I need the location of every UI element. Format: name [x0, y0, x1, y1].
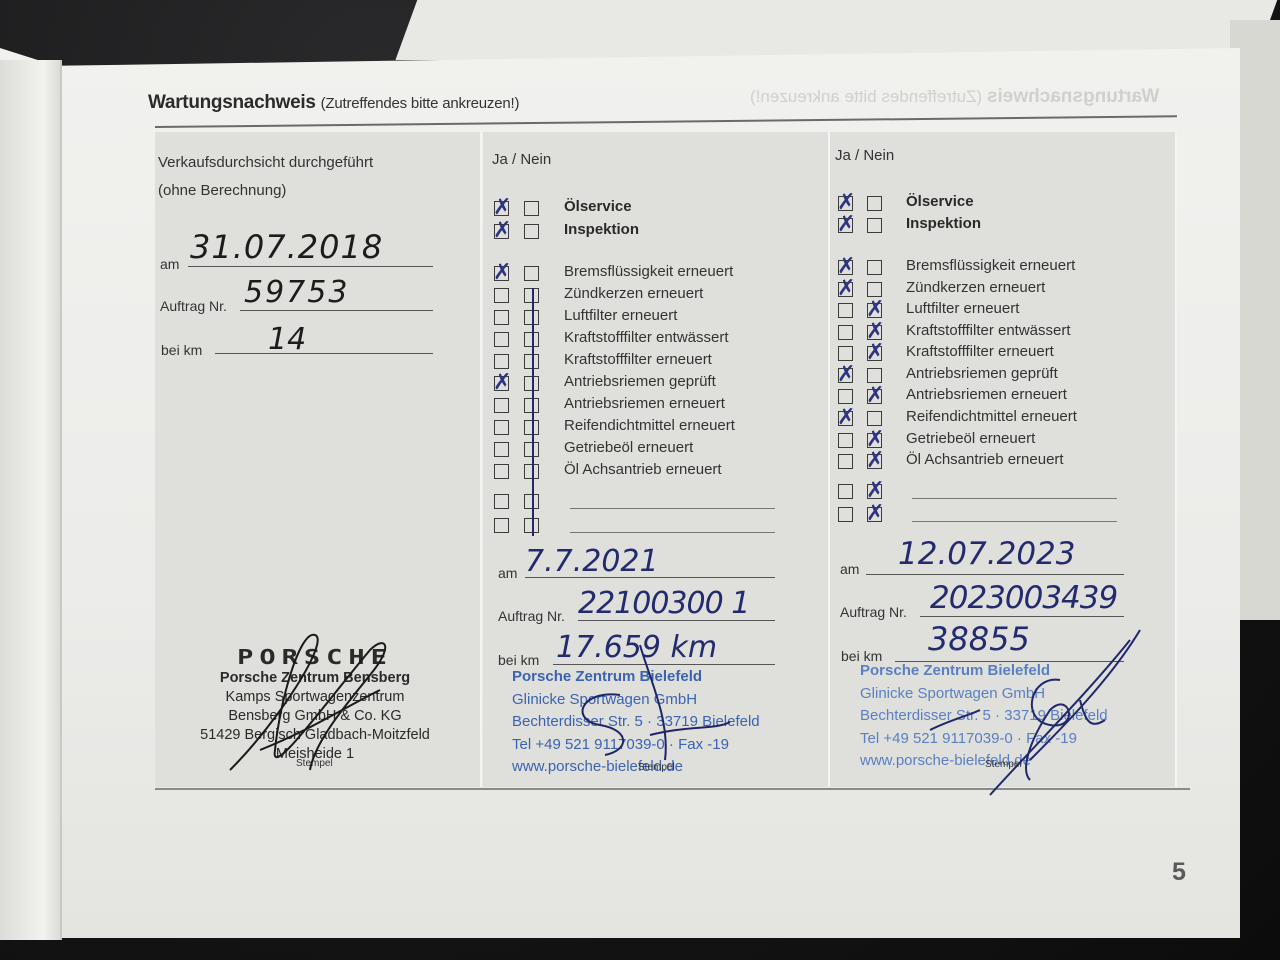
service-item-label: Getriebeöl erneuert [564, 439, 693, 456]
show-through-title: Wartungsnachweis (Zutreffendes bitte ank… [750, 86, 1159, 108]
service-item-label: Kraftstofffilter entwässert [906, 322, 1071, 339]
checkbox-nein[interactable] [867, 218, 882, 233]
blank-item-line [912, 498, 1117, 499]
sales-inspection-note: (ohne Berechnung) [158, 182, 286, 199]
date-line [866, 574, 1124, 575]
check-mark-icon: ✗ [866, 345, 881, 360]
service-item-label: Kraftstofffilter erneuert [564, 351, 712, 368]
checkbox-ja[interactable] [838, 507, 853, 522]
page-subtitle: (Zutreffendes bitte ankreuzen!) [321, 95, 520, 112]
checkbox-ja[interactable] [494, 464, 509, 479]
check-mark-icon: ✗ [837, 367, 852, 382]
check-mark-icon: ✗ [837, 217, 852, 232]
service-item-label: Antriebsriemen erneuert [564, 395, 725, 412]
dealer-line: Tel +49 521 9117039-0 · Fax -19 [860, 728, 1108, 751]
service-item-label: Zündkerzen erneuert [906, 279, 1045, 296]
ja-nein-header: Ja / Nein [835, 147, 894, 164]
km-line [215, 353, 433, 354]
dealer-stamp-bielefeld: Porsche Zentrum Bielefeld Glinicke Sport… [512, 666, 760, 779]
service-item-label: Luftfilter erneuert [906, 300, 1019, 317]
sales-inspection-heading: Verkaufsdurchsicht durchgeführt [158, 154, 373, 171]
service-item-label: Kraftstofffilter entwässert [564, 329, 729, 346]
date-label: am [840, 561, 859, 577]
check-mark-icon: ✗ [866, 483, 881, 498]
order-label: Auftrag Nr. [498, 608, 565, 624]
service-item-label: Reifendichtmittel erneuert [906, 408, 1077, 425]
page-title: Wartungsnachweis (Zutreffendes bitte ank… [148, 92, 519, 114]
booklet-fold [60, 60, 62, 940]
checkbox-nein[interactable] [524, 201, 539, 216]
date-label: am [498, 565, 517, 581]
dealer-name: Porsche Zentrum Bielefeld [512, 666, 760, 689]
service-item-label: Bremsflüssigkeit erneuert [906, 257, 1075, 274]
dealer-line: Bechterdisser Str. 5 · 33719 Bielefeld [860, 705, 1108, 728]
booklet-spine [0, 60, 62, 940]
dealer-line: Kamps Sportwagenzentrum [180, 688, 450, 707]
check-mark-icon: ✗ [866, 388, 881, 403]
km-value: 14 [268, 322, 306, 357]
service-item-label: Getriebeöl erneuert [906, 430, 1035, 447]
checkbox-nein[interactable] [867, 282, 882, 297]
checkbox-ja[interactable] [838, 433, 853, 448]
checkbox-nein[interactable] [867, 411, 882, 426]
check-mark-icon: ✗ [493, 375, 508, 390]
dealer-name: Porsche Zentrum Bensberg [180, 669, 450, 688]
checkbox-nein[interactable] [867, 368, 882, 383]
porsche-logo: PORSCHE [180, 650, 450, 664]
checkbox-nein[interactable] [524, 224, 539, 239]
service-item-label: Zündkerzen erneuert [564, 285, 703, 302]
order-line [920, 616, 1124, 617]
service-item-label: Ölservice [906, 193, 974, 210]
service-item-label: Reifendichtmittel erneuert [564, 417, 735, 434]
dealer-name: Porsche Zentrum Bielefeld [860, 660, 1108, 683]
check-mark-icon: ✗ [866, 453, 881, 468]
km-value: 38855 [928, 620, 1030, 658]
checkbox-ja[interactable] [494, 288, 509, 303]
service-item-label: Inspektion [564, 221, 639, 238]
check-mark-icon: ✗ [837, 281, 852, 296]
order-value: 2023003439 [930, 580, 1117, 616]
checkbox-ja[interactable] [838, 346, 853, 361]
stamp-caption: Stempel [985, 759, 1022, 770]
check-mark-icon: ✗ [837, 195, 852, 210]
checkbox-ja[interactable] [494, 494, 509, 509]
service-item-label: Kraftstofffilter erneuert [906, 343, 1054, 360]
order-label: Auftrag Nr. [840, 604, 907, 620]
dealer-line: Glinicke Sportwagen GmbH [860, 683, 1108, 706]
ja-nein-header: Ja / Nein [492, 151, 551, 168]
blank-item-line [912, 521, 1117, 522]
dealer-line: www.porsche-bielefeld.de [860, 750, 1108, 773]
check-mark-icon: ✗ [493, 200, 508, 215]
order-value: 59753 [244, 275, 349, 310]
checkbox-nein[interactable] [524, 266, 539, 281]
km-value: 17.659 km [556, 630, 717, 665]
checkbox-nein[interactable] [867, 260, 882, 275]
dealer-line: Tel +49 521 9117039-0 · Fax -19 [512, 734, 760, 757]
date-label: am [160, 256, 179, 272]
checkbox-ja[interactable] [838, 303, 853, 318]
checkbox-ja[interactable] [838, 454, 853, 469]
date-value: 12.07.2023 [898, 536, 1076, 572]
checkbox-ja[interactable] [838, 484, 853, 499]
checkbox-ja[interactable] [494, 442, 509, 457]
check-mark-icon: ✗ [493, 223, 508, 238]
order-line [240, 310, 433, 311]
checkbox-ja[interactable] [494, 332, 509, 347]
date-line [188, 266, 433, 267]
check-mark-icon: ✗ [866, 432, 881, 447]
service-item-label: Inspektion [906, 215, 981, 232]
order-value: 22100300 1 [578, 586, 749, 621]
checkbox-ja[interactable] [494, 310, 509, 325]
blank-item-line [570, 532, 775, 533]
date-value: 7.7.2021 [525, 544, 659, 579]
dealer-line: 51429 Bergisch Gladbach-Moitzfeld [180, 726, 450, 745]
stamp-caption: Stempel [296, 758, 333, 769]
checkbox-ja[interactable] [494, 518, 509, 533]
service-item-label: Antriebsriemen erneuert [906, 386, 1067, 403]
footer-rule [155, 788, 1190, 790]
page-number: 5 [1172, 858, 1186, 887]
checkbox-nein[interactable] [867, 196, 882, 211]
check-mark-icon: ✗ [837, 410, 852, 425]
service-item-label: Ölservice [564, 198, 632, 215]
check-mark-icon: ✗ [866, 324, 881, 339]
checkbox-ja[interactable] [838, 325, 853, 340]
order-label: Auftrag Nr. [160, 298, 227, 314]
service-item-label: Luftfilter erneuert [564, 307, 677, 324]
service-item-label: Bremsflüssigkeit erneuert [564, 263, 733, 280]
service-item-label: Öl Achsantrieb erneuert [906, 451, 1064, 468]
checkbox-ja[interactable] [494, 420, 509, 435]
checkbox-ja[interactable] [838, 389, 853, 404]
checkbox-ja[interactable] [494, 354, 509, 369]
dealer-line: Bensberg GmbH & Co. KG [180, 707, 450, 726]
dealer-stamp-bielefeld: Porsche Zentrum Bielefeld Glinicke Sport… [860, 660, 1108, 773]
checkbox-ja[interactable] [494, 398, 509, 413]
check-mark-icon: ✗ [837, 259, 852, 274]
check-mark-icon: ✗ [866, 302, 881, 317]
page-title-text: Wartungsnachweis [148, 92, 316, 113]
dealer-line: Bechterdisser Str. 5 · 33719 Bielefeld [512, 711, 760, 734]
km-label: bei km [161, 342, 202, 358]
dealer-line: www.porsche-bielefeld.de [512, 756, 760, 779]
dealer-stamp-bensberg: PORSCHE Porsche Zentrum Bensberg Kamps S… [180, 648, 450, 764]
stamp-caption: Stempel [638, 762, 675, 773]
nein-strike-line [532, 288, 534, 536]
service-item-label: Antriebsriemen geprüft [564, 373, 716, 390]
check-mark-icon: ✗ [493, 265, 508, 280]
blank-item-line [570, 508, 775, 509]
date-value: 31.07.2018 [190, 228, 383, 266]
service-item-label: Antriebsriemen geprüft [906, 365, 1058, 382]
check-mark-icon: ✗ [866, 506, 881, 521]
dealer-line: Glinicke Sportwagen GmbH [512, 689, 760, 712]
service-item-label: Öl Achsantrieb erneuert [564, 461, 722, 478]
